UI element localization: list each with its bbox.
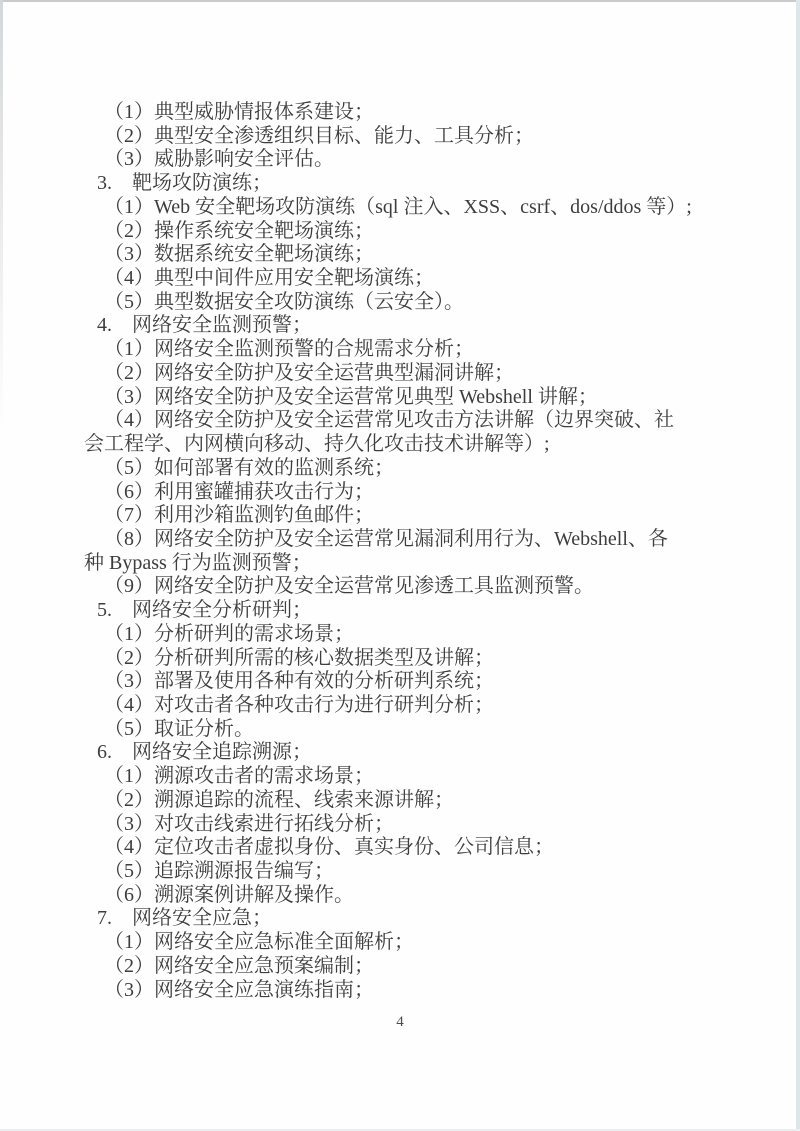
doc-line: （3）网络安全防护及安全运营常见典型 Webshell 讲解； xyxy=(84,386,744,410)
scan-edge-left xyxy=(0,0,3,430)
doc-line: （3）威胁影响安全评估。 xyxy=(84,148,744,172)
doc-line-continuation: 会工程学、内网横向移动、持久化攻击技术讲解等）; xyxy=(84,433,744,457)
doc-line: （2）操作系统安全靶场演练； xyxy=(84,220,744,244)
doc-section-heading: 3. 靶场攻防演练； xyxy=(84,172,744,196)
doc-line: （3）部署及使用各种有效的分析研判系统； xyxy=(84,670,744,694)
doc-line: （9）网络安全防护及安全运营常见渗透工具监测预警。 xyxy=(84,575,744,599)
doc-line: （4）定位攻击者虚拟身份、真实身份、公司信息； xyxy=(84,836,744,860)
doc-line: （4）网络安全防护及安全运营常见攻击方法讲解（边界突破、社 xyxy=(84,409,744,433)
doc-line: （2）溯源追踪的流程、线索来源讲解； xyxy=(84,789,744,813)
doc-line: （2）网络安全防护及安全运营典型漏洞讲解； xyxy=(84,362,744,386)
doc-line: （5）取证分析。 xyxy=(84,718,744,742)
doc-line: （2）网络安全应急预案编制； xyxy=(84,955,744,979)
doc-line: （3）对攻击线索进行拓线分析； xyxy=(84,813,744,837)
doc-line: （6）利用蜜罐捕获攻击行为； xyxy=(84,481,744,505)
doc-line: （1）分析研判的需求场景； xyxy=(84,623,744,647)
doc-section-heading: 5. 网络安全分析研判； xyxy=(84,599,744,623)
doc-line: （4）对攻击者各种攻击行为进行研判分析； xyxy=(84,694,744,718)
doc-line: （5）典型数据安全攻防演练（云安全）。 xyxy=(84,291,744,315)
doc-section-heading: 4. 网络安全监测预警； xyxy=(84,314,744,338)
doc-line: （5）追踪溯源报告编写； xyxy=(84,860,744,884)
doc-section-heading: 6. 网络安全追踪溯源； xyxy=(84,741,744,765)
page-number: 4 xyxy=(0,1014,800,1031)
doc-line-continuation: 种 Bypass 行为监测预警； xyxy=(84,552,744,576)
doc-line: （3）数据系统安全靶场演练； xyxy=(84,243,744,267)
document-page: （1）典型威胁情报体系建设； （2）典型安全渗透组织目标、能力、工具分析； （3… xyxy=(0,0,800,1131)
doc-line: （3）网络安全应急演练指南； xyxy=(84,979,744,1003)
doc-line: （2）分析研判所需的核心数据类型及讲解； xyxy=(84,647,744,671)
doc-line: （5）如何部署有效的监测系统； xyxy=(84,457,744,481)
doc-line: （1）溯源攻击者的需求场景； xyxy=(84,765,744,789)
doc-line: （7）利用沙箱监测钓鱼邮件； xyxy=(84,504,744,528)
doc-line: （1）典型威胁情报体系建设； xyxy=(84,101,744,125)
doc-line: （8）网络安全防护及安全运营常见漏洞利用行为、Webshell、各 xyxy=(84,528,744,552)
doc-line: （6）溯源案例讲解及操作。 xyxy=(84,884,744,908)
doc-line: （4）典型中间件应用安全靶场演练； xyxy=(84,267,744,291)
doc-section-heading: 7. 网络安全应急； xyxy=(84,907,744,931)
document-body: （1）典型威胁情报体系建设； （2）典型安全渗透组织目标、能力、工具分析； （3… xyxy=(84,101,744,1002)
scan-edge-right xyxy=(796,0,800,1131)
scan-edge-top xyxy=(0,0,800,2)
doc-line: （1）网络安全应急标准全面解析； xyxy=(84,931,744,955)
doc-line: （2）典型安全渗透组织目标、能力、工具分析； xyxy=(84,125,744,149)
doc-line: （1）Web 安全靶场攻防演练（sql 注入、XSS、csrf、dos/ddos… xyxy=(84,196,744,220)
doc-line: （1）网络安全监测预警的合规需求分析； xyxy=(84,338,744,362)
